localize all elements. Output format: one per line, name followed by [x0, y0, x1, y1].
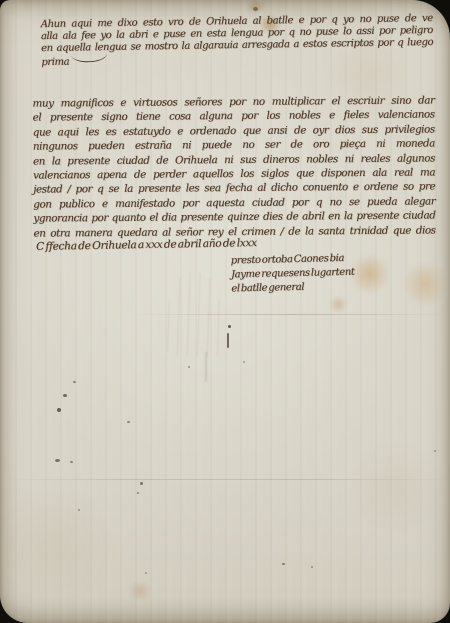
opening-word-label: prima	[41, 56, 69, 67]
manuscript-scan: { "page": { "background_color": "#0f0e0b…	[0, 0, 450, 623]
body-paragraph: muy magnificos e virtuosos señores por n…	[32, 93, 435, 240]
signature-line: Jayme requesens lugartent	[231, 265, 361, 282]
opening-note: Ahun aqui me dixo esto vro de Orihuela a…	[41, 13, 434, 69]
signature-line: el batlle general	[231, 279, 361, 296]
signature-block: presto ortoba Caones bia Jayme requesens…	[231, 252, 362, 296]
